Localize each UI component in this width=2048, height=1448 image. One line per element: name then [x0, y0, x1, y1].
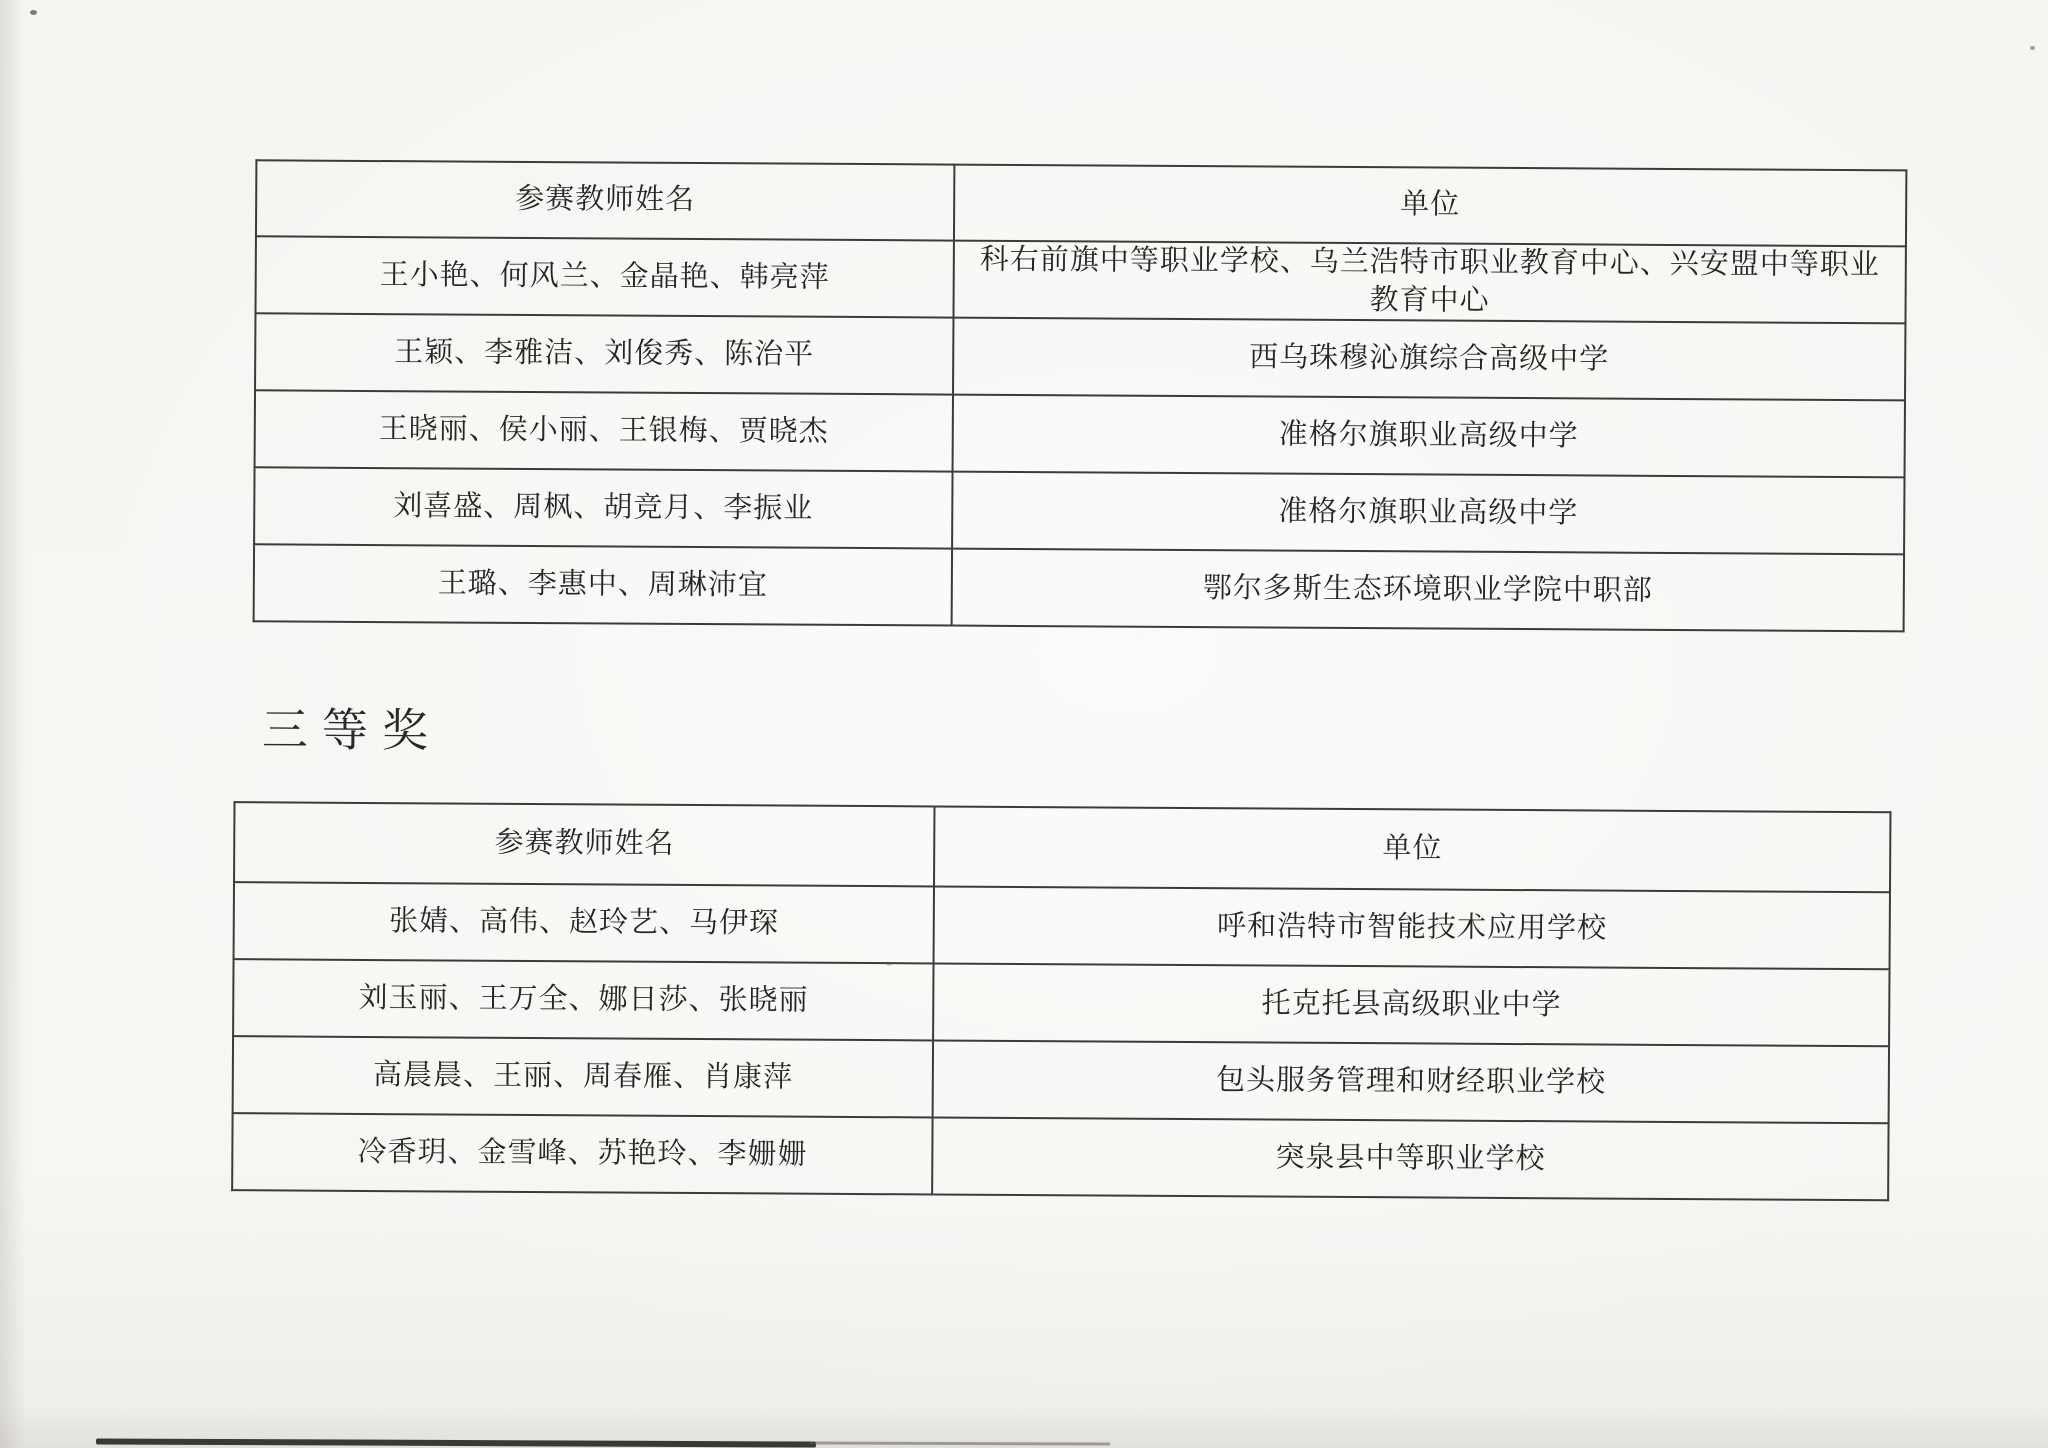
document-sheet: 参赛教师姓名 单位 王小艳、何风兰、金晶艳、韩亮萍 科右前旗中等职业学校、乌兰浩… [0, 0, 2048, 1448]
table-row: 王晓丽、侯小丽、王银梅、贾晓杰 准格尔旗职业高级中学 [255, 391, 1905, 478]
column-header-teacher-names: 参赛教师姓名 [234, 802, 935, 886]
cell-teacher-names: 张婧、高伟、赵玲艺、马伊琛 [234, 882, 935, 963]
scan-speck [886, 962, 892, 966]
column-header-teacher-names: 参赛教师姓名 [256, 160, 954, 240]
cell-teacher-names: 刘喜盛、周枫、胡竞月、李振业 [254, 468, 952, 549]
section-title-third-prize: 三等奖 [262, 693, 442, 760]
scan-speck [2030, 46, 2035, 50]
table-row: 刘玉丽、王万全、娜日莎、张晓丽 托克托县高级职业中学 [233, 959, 1889, 1046]
table-row: 冷香玥、金雪峰、苏艳玲、李姗姗 突泉县中等职业学校 [232, 1113, 1888, 1200]
cell-unit: 包头服务管理和财经职业学校 [933, 1040, 1889, 1123]
cell-unit: 科右前旗中等职业学校、乌兰浩特市职业教育中心、兴安盟中等职业教育中心 [953, 241, 1906, 324]
table-row: 王小艳、何风兰、金晶艳、韩亮萍 科右前旗中等职业学校、乌兰浩特市职业教育中心、兴… [255, 236, 1905, 323]
cell-teacher-names: 王小艳、何风兰、金晶艳、韩亮萍 [255, 236, 953, 318]
scanned-document-page: 参赛教师姓名 单位 王小艳、何风兰、金晶艳、韩亮萍 科右前旗中等职业学校、乌兰浩… [0, 0, 2048, 1448]
table-row: 高晨晨、王丽、周春雁、肖康萍 包头服务管理和财经职业学校 [233, 1036, 1889, 1123]
cell-unit: 准格尔旗职业高级中学 [952, 472, 1905, 555]
table-row: 王璐、李惠中、周琳沛宜 鄂尔多斯生态环境职业学院中职部 [254, 545, 1904, 632]
cell-teacher-names: 王璐、李惠中、周琳沛宜 [254, 545, 952, 626]
cell-unit: 托克托县高级职业中学 [934, 963, 1890, 1046]
table-header-row: 参赛教师姓名 单位 [234, 802, 1890, 892]
column-header-unit: 单位 [954, 165, 1907, 247]
cell-teacher-names: 高晨晨、王丽、周春雁、肖康萍 [233, 1036, 934, 1117]
cell-teacher-names: 王颖、李雅洁、刘俊秀、陈治平 [255, 314, 953, 395]
award-table-third-prize: 参赛教师姓名 单位 张婧、高伟、赵玲艺、马伊琛 呼和浩特市智能技术应用学校 刘玉… [231, 801, 1891, 1201]
cell-teacher-names: 刘玉丽、王万全、娜日莎、张晓丽 [233, 959, 934, 1040]
cell-unit: 鄂尔多斯生态环境职业学院中职部 [952, 549, 1905, 632]
table-row: 刘喜盛、周枫、胡竞月、李振业 准格尔旗职业高级中学 [254, 468, 1904, 555]
cell-unit: 突泉县中等职业学校 [933, 1117, 1889, 1200]
cell-unit: 呼和浩特市智能技术应用学校 [934, 886, 1890, 969]
column-header-unit: 单位 [934, 806, 1890, 892]
scan-speck [30, 10, 37, 15]
table-row: 王颖、李雅洁、刘俊秀、陈治平 西乌珠穆沁旗综合高级中学 [255, 314, 1905, 401]
cell-unit: 准格尔旗职业高级中学 [952, 395, 1905, 478]
cell-teacher-names: 王晓丽、侯小丽、王银梅、贾晓杰 [255, 391, 953, 472]
cell-unit: 西乌珠穆沁旗综合高级中学 [953, 318, 1906, 401]
table-row: 张婧、高伟、赵玲艺、马伊琛 呼和浩特市智能技术应用学校 [234, 882, 1890, 969]
cell-teacher-names: 冷香玥、金雪峰、苏艳玲、李姗姗 [232, 1113, 933, 1194]
award-table-upper: 参赛教师姓名 单位 王小艳、何风兰、金晶艳、韩亮萍 科右前旗中等职业学校、乌兰浩… [253, 159, 1908, 632]
table-header-row: 参赛教师姓名 单位 [256, 160, 1906, 246]
